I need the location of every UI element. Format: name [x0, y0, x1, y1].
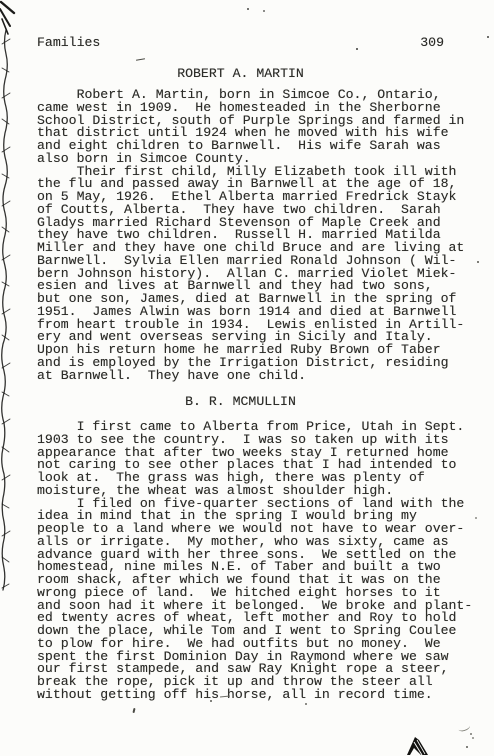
- binding-edge-marks-icon: [0, 0, 18, 620]
- stray-mark: [136, 58, 145, 61]
- section-body-robert-a-martin: Robert A. Martin, born in Simcoe Co., On…: [37, 89, 464, 382]
- section-heading-robert-a-martin: ROBERT A. MARTIN: [37, 68, 444, 81]
- section-body-b-r-mcmullin: I first came to Alberta from Price, Utah…: [37, 421, 472, 702]
- stray-mark: [457, 722, 471, 732]
- running-title: Families: [37, 37, 100, 50]
- stray-mark: [132, 708, 135, 713]
- ink-blot-icon: [402, 731, 438, 756]
- scan-speckles: [0, 0, 2, 2]
- page-number: 309: [420, 37, 444, 50]
- page-header: Families 309: [37, 37, 444, 50]
- section-heading-b-r-mcmullin: B. R. MCMULLIN: [37, 396, 444, 409]
- scanned-book-page: Families 309 ROBERT A. MARTIN Robert A. …: [0, 0, 494, 756]
